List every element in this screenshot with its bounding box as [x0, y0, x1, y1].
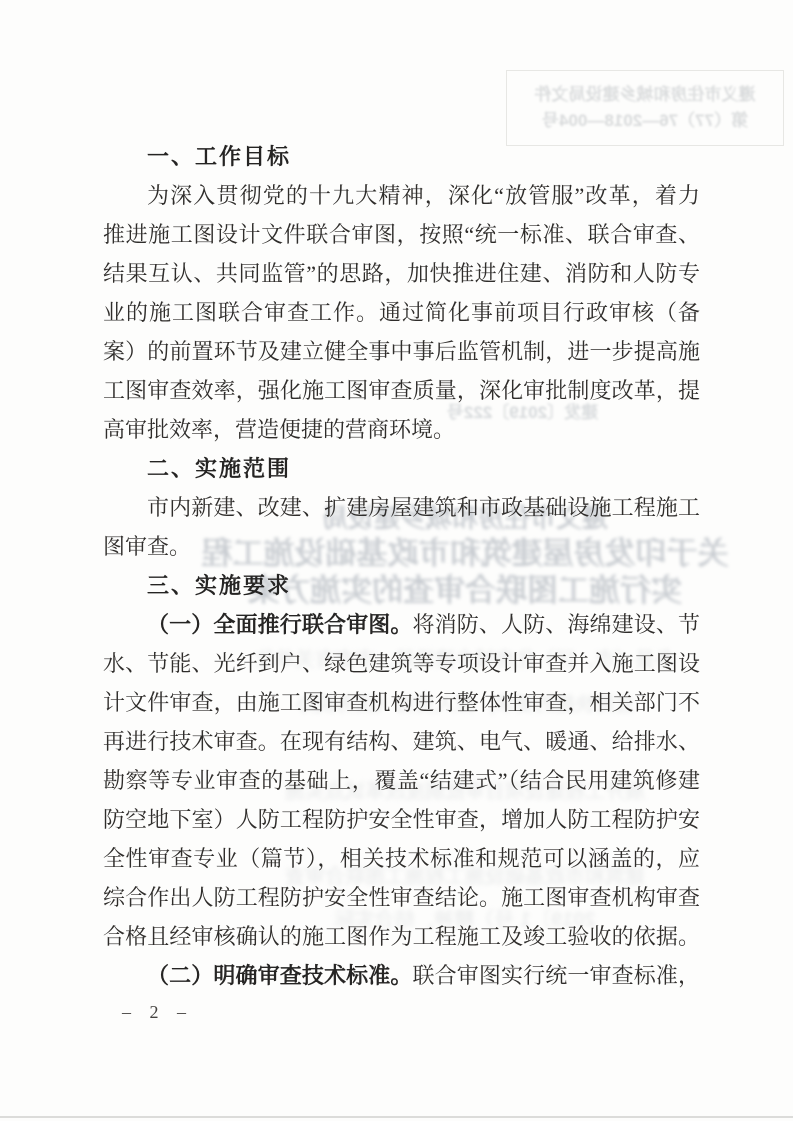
text-line: 全性审查专业（篇节），相关技术标准和规范可以涵盖的，应当 — [103, 839, 700, 878]
bleedthrough-stamp-box: 遵义市住房和城乡建设局文件 第（77）76—2018—004号 — [506, 70, 784, 146]
text-line: 再进行技术审查。在现有结构、建筑、电气、暖通、给排水、 — [103, 722, 700, 761]
bleedthrough-stamp-text: 遵义市住房和城乡建设局文件 第（77）76—2018—004号 — [507, 71, 783, 145]
text-line: 计文件审查，由施工图审查机构进行整体性审查，相关部门不 — [103, 683, 700, 722]
text-line: 防空地下室）人防工程防护安全性审查，增加人防工程防护安 — [103, 800, 700, 839]
text-line: 推进施工图设计文件联合审图，按照“统一标准、联合审查、 — [103, 215, 700, 254]
text-line: 结果互认、共同监管”的思路，加快推进住建、消防和人防专 — [103, 254, 700, 293]
document-body: 一、工作目标为深入贯彻党的十九大精神，深化“放管服”改革，着力推进施工图设计文件… — [103, 137, 700, 995]
text-line: 案）的前置环节及建立健全事中事后监管机制，进一步提高施 — [103, 332, 700, 371]
bleedthrough-stamp-line1: 遵义市住房和城乡建设局文件 — [535, 82, 756, 108]
text-line: 市内新建、改建、扩建房屋建筑和市政基础设施工程施工 — [103, 488, 700, 527]
document-page: 遵义市住房和城乡建设局文件 第（77）76—2018—004号 建发〔2019〕… — [0, 0, 793, 1121]
bold-lead-text: （二）明确审查技术标准。 — [147, 963, 413, 988]
section-heading: 一、工作目标 — [103, 137, 700, 176]
text-line: 图审查。 — [103, 527, 700, 566]
bleedthrough-stamp-line2: 第（77）76—2018—004号 — [542, 108, 748, 134]
section-heading: 二、实施范围 — [103, 449, 700, 488]
bold-lead-text: （一）全面推行联合审图。 — [147, 612, 413, 637]
text-line: （二）明确审查技术标准。联合审图实行统一审查标准， — [103, 956, 700, 995]
page-number: – 2 – — [122, 1002, 193, 1023]
text-line: 水、节能、光纤到户、绿色建筑等专项设计审查并入施工图设 — [103, 644, 700, 683]
text-line: 勘察等专业审查的基础上，覆盖“结建式”（结合民用建筑修建 — [103, 761, 700, 800]
text-line: 综合作出人防工程防护安全性审查结论。施工图审查机构审查 — [103, 878, 700, 917]
text-line: 工图审查效率，强化施工图审查质量，深化审批制度改革，提 — [103, 371, 700, 410]
text-line: 业的施工图联合审查工作。通过简化事前项目行政审核（备 — [103, 293, 700, 332]
scan-edge-line — [0, 1116, 793, 1118]
section-heading: 三、实施要求 — [103, 566, 700, 605]
text-line: （一）全面推行联合审图。将消防、人防、海绵建设、节 — [103, 605, 700, 644]
text-line: 高审批效率，营造便捷的营商环境。 — [103, 410, 700, 449]
text-line: 为深入贯彻党的十九大精神，深化“放管服”改革，着力 — [103, 176, 700, 215]
text-line: 合格且经审核确认的施工图作为工程施工及竣工验收的依据。 — [103, 917, 700, 956]
